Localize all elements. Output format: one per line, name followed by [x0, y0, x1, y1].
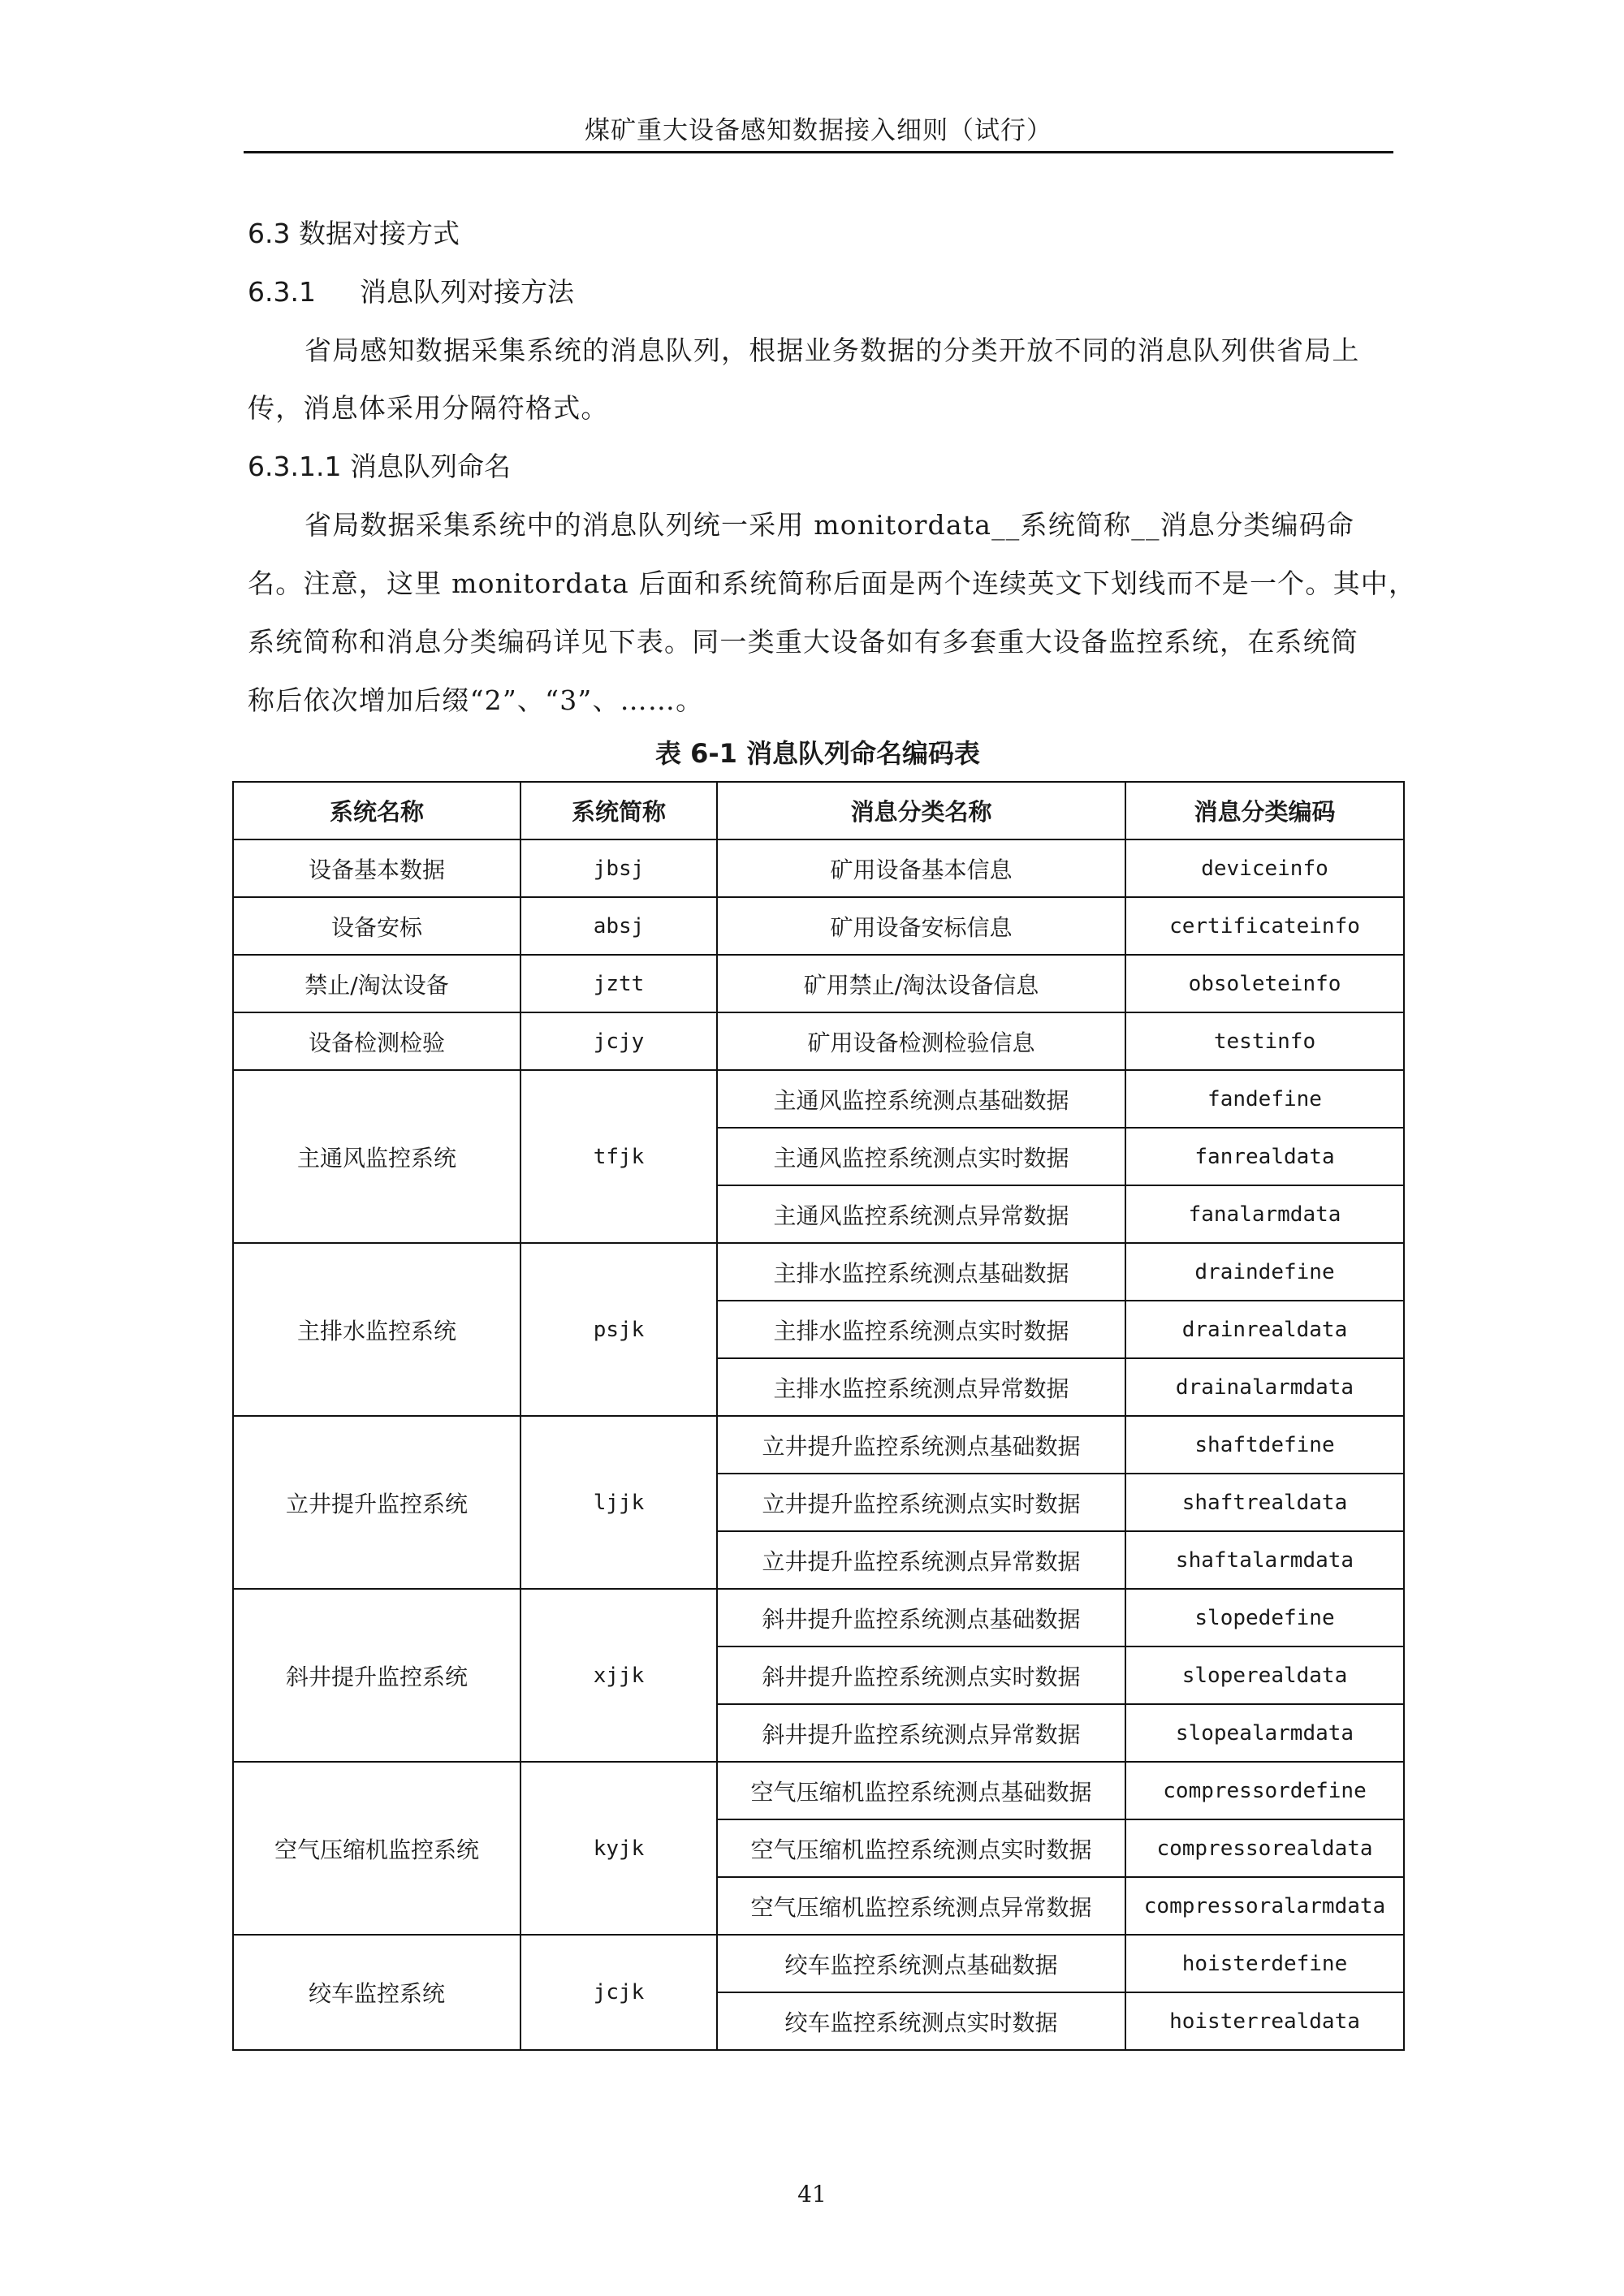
system-name-cell: 主排水监控系统 — [233, 1243, 520, 1416]
message-name-cell: 主排水监控系统测点实时数据 — [717, 1301, 1125, 1358]
column-header-message-name: 消息分类名称 — [717, 782, 1125, 839]
message-code-cell: drainalarmdata — [1125, 1358, 1404, 1416]
message-name-cell: 立井提升监控系统测点异常数据 — [717, 1531, 1125, 1589]
table-row: 主排水监控系统 psjk 主排水监控系统测点基础数据 draindefine — [233, 1243, 1404, 1301]
paragraph-line: 省局感知数据采集系统的消息队列，根据业务数据的分类开放不同的消息队列供省局上 — [304, 330, 1360, 368]
message-name-cell: 主排水监控系统测点异常数据 — [717, 1358, 1125, 1416]
message-code-cell: certificateinfo — [1125, 897, 1404, 955]
message-name-cell: 空气压缩机监控系统测点异常数据 — [717, 1877, 1125, 1935]
system-abbr-cell: absj — [520, 897, 717, 955]
message-code-cell: draindefine — [1125, 1243, 1404, 1301]
system-abbr-cell: ljjk — [520, 1416, 717, 1589]
paragraph-line: 传，消息体采用分隔符格式。 — [248, 387, 609, 425]
table-row: 空气压缩机监控系统 kyjk 空气压缩机监控系统测点基础数据 compresso… — [233, 1762, 1404, 1819]
table-row: 设备检测检验 jcjy 矿用设备检测检验信息 testinfo — [233, 1012, 1404, 1070]
message-name-cell: 矿用禁止/淘汰设备信息 — [717, 955, 1125, 1012]
paragraph-line: 系统简称和消息分类编码详见下表。同一类重大设备如有多套重大设备监控系统，在系统简 — [248, 621, 1358, 659]
message-name-cell: 主排水监控系统测点基础数据 — [717, 1243, 1125, 1301]
system-name-cell: 空气压缩机监控系统 — [233, 1762, 520, 1935]
system-name-cell: 设备安标 — [233, 897, 520, 955]
system-name-cell: 斜井提升监控系统 — [233, 1589, 520, 1762]
section-heading-6-3-1-1: 6.3.1.1 消息队列命名 — [248, 446, 511, 484]
system-name-cell: 主通风监控系统 — [233, 1070, 520, 1243]
running-header: 煤矿重大设备感知数据接入细则（试行） — [244, 110, 1393, 146]
message-code-cell: slopedefine — [1125, 1589, 1404, 1646]
table-row: 主通风监控系统 tfjk 主通风监控系统测点基础数据 fandefine — [233, 1070, 1404, 1128]
message-code-cell: shaftdefine — [1125, 1416, 1404, 1474]
message-name-cell: 立井提升监控系统测点基础数据 — [717, 1416, 1125, 1474]
system-name-cell: 绞车监控系统 — [233, 1935, 520, 2050]
message-name-cell: 主通风监控系统测点基础数据 — [717, 1070, 1125, 1128]
message-code-cell: fandefine — [1125, 1070, 1404, 1128]
message-name-cell: 空气压缩机监控系统测点实时数据 — [717, 1819, 1125, 1877]
message-code-cell: fanrealdata — [1125, 1128, 1404, 1185]
message-code-cell: fanalarmdata — [1125, 1185, 1404, 1243]
message-name-cell: 斜井提升监控系统测点实时数据 — [717, 1646, 1125, 1704]
system-abbr-cell: jztt — [520, 955, 717, 1012]
message-code-cell: hoisterdefine — [1125, 1935, 1404, 1992]
system-abbr-cell: kyjk — [520, 1762, 717, 1935]
system-name-cell: 禁止/淘汰设备 — [233, 955, 520, 1012]
message-code-cell: sloperealdata — [1125, 1646, 1404, 1704]
message-name-cell: 矿用设备基本信息 — [717, 839, 1125, 897]
message-code-cell: slopealarmdata — [1125, 1704, 1404, 1762]
message-code-cell: deviceinfo — [1125, 839, 1404, 897]
table-row: 设备基本数据 jbsj 矿用设备基本信息 deviceinfo — [233, 839, 1404, 897]
column-header-system-name: 系统名称 — [233, 782, 520, 839]
section-title: 消息队列对接方法 — [360, 276, 574, 308]
system-abbr-cell: jbsj — [520, 839, 717, 897]
message-code-cell: testinfo — [1125, 1012, 1404, 1070]
message-name-cell: 矿用设备安标信息 — [717, 897, 1125, 955]
table-row: 禁止/淘汰设备 jztt 矿用禁止/淘汰设备信息 obsoleteinfo — [233, 955, 1404, 1012]
table-row: 斜井提升监控系统 xjjk 斜井提升监控系统测点基础数据 slopedefine — [233, 1589, 1404, 1646]
message-name-cell: 主通风监控系统测点实时数据 — [717, 1128, 1125, 1185]
system-abbr-cell: xjjk — [520, 1589, 717, 1762]
system-name-cell: 立井提升监控系统 — [233, 1416, 520, 1589]
message-name-cell: 矿用设备检测检验信息 — [717, 1012, 1125, 1070]
system-abbr-cell: psjk — [520, 1243, 717, 1416]
system-name-cell: 设备检测检验 — [233, 1012, 520, 1070]
system-abbr-cell: tfjk — [520, 1070, 717, 1243]
message-name-cell: 空气压缩机监控系统测点基础数据 — [717, 1762, 1125, 1819]
message-code-cell: compressorealdata — [1125, 1819, 1404, 1877]
page-number: 41 — [0, 2181, 1624, 2208]
message-name-cell: 立井提升监控系统测点实时数据 — [717, 1474, 1125, 1531]
message-name-cell: 斜井提升监控系统测点基础数据 — [717, 1589, 1125, 1646]
column-header-message-code: 消息分类编码 — [1125, 782, 1404, 839]
message-name-cell: 斜井提升监控系统测点异常数据 — [717, 1704, 1125, 1762]
table-caption: 表 6-1 消息队列命名编码表 — [232, 733, 1403, 770]
table-header-row: 系统名称 系统简称 消息分类名称 消息分类编码 — [233, 782, 1404, 839]
section-heading-6-3-1: 6.3.1消息队列对接方法 — [248, 271, 574, 309]
message-code-cell: drainrealdata — [1125, 1301, 1404, 1358]
message-code-cell: obsoleteinfo — [1125, 955, 1404, 1012]
message-name-cell: 主通风监控系统测点异常数据 — [717, 1185, 1125, 1243]
message-code-cell: hoisterrealdata — [1125, 1992, 1404, 2050]
paragraph-line: 名。注意，这里 monitordata 后面和系统简称后面是两个连续英文下划线而… — [248, 563, 1416, 601]
message-code-cell: compressoralarmdata — [1125, 1877, 1404, 1935]
header-rule — [244, 151, 1393, 153]
message-code-cell: shaftrealdata — [1125, 1474, 1404, 1531]
paragraph-line: 称后依次增加后缀“2”、“3”、……。 — [248, 680, 703, 718]
system-abbr-cell: jcjk — [520, 1935, 717, 2050]
message-code-cell: compressordefine — [1125, 1762, 1404, 1819]
paragraph-line: 省局数据采集系统中的消息队列统一采用 monitordata__系统简称__消息… — [304, 504, 1354, 542]
message-name-cell: 绞车监控系统测点实时数据 — [717, 1992, 1125, 2050]
table-row: 绞车监控系统 jcjk 绞车监控系统测点基础数据 hoisterdefine — [233, 1935, 1404, 1992]
queue-naming-table: 系统名称 系统简称 消息分类名称 消息分类编码 设备基本数据 jbsj 矿用设备… — [232, 781, 1405, 2051]
table-row: 设备安标 absj 矿用设备安标信息 certificateinfo — [233, 897, 1404, 955]
message-name-cell: 绞车监控系统测点基础数据 — [717, 1935, 1125, 1992]
table-row: 立井提升监控系统 ljjk 立井提升监控系统测点基础数据 shaftdefine — [233, 1416, 1404, 1474]
message-code-cell: shaftalarmdata — [1125, 1531, 1404, 1589]
system-abbr-cell: jcjy — [520, 1012, 717, 1070]
column-header-system-abbr: 系统简称 — [520, 782, 717, 839]
section-heading-6-3: 6.3 数据对接方式 — [248, 213, 460, 251]
section-number: 6.3.1 — [248, 276, 360, 308]
system-name-cell: 设备基本数据 — [233, 839, 520, 897]
